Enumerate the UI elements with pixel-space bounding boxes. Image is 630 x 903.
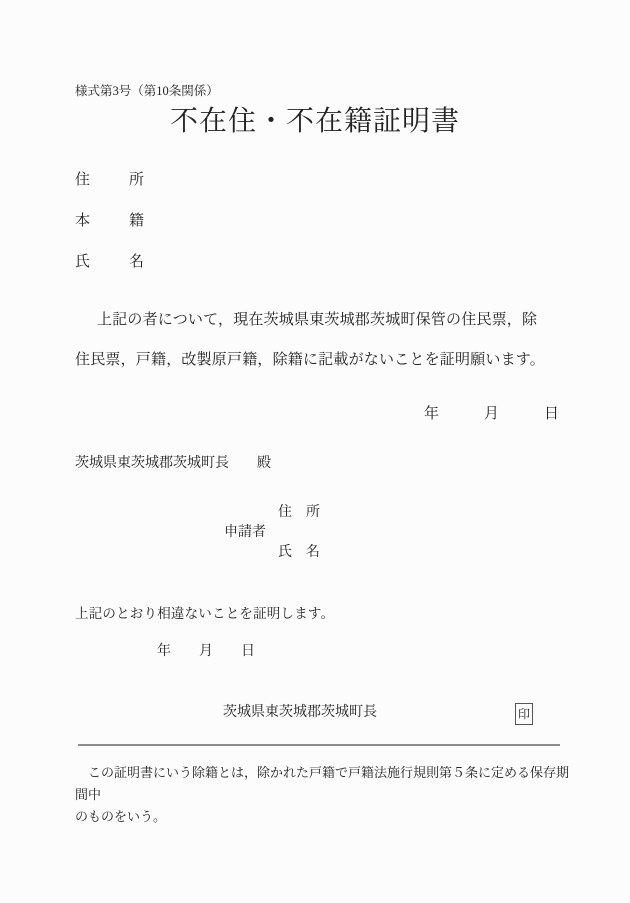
applicant-address-label: 住 所: [278, 506, 320, 520]
application-date-line: 年 月 日: [424, 407, 559, 422]
footnote: この証明書にいう除籍とは，除かれた戸籍で戸籍法施行規則第５条に定める保存期間中 …: [75, 762, 569, 828]
field-label-address: 住 所: [75, 173, 147, 188]
issuer-line: 茨城県東茨城郡茨城町長: [223, 706, 377, 720]
note-divider: [78, 744, 560, 746]
applicant-label: 申請者: [224, 526, 266, 540]
field-label-domicile: 本 籍: [75, 214, 147, 229]
applicant-name-label: 氏 名: [278, 546, 320, 560]
addressee-line: 茨城県東茨城郡茨城町長 殿: [75, 457, 271, 471]
certification-date-line: 年 月 日: [157, 645, 255, 659]
form-number: 様式第3号（第10条関係）: [75, 85, 219, 98]
document-title: 不在住・不在籍証明書: [0, 108, 630, 136]
seal-box: 印: [515, 703, 533, 725]
request-paragraph: 上記の者について，現在茨城県東茨城郡茨城町保管の住民票，除 住民票，戸籍，改製原…: [75, 300, 567, 380]
seal-mark: 印: [518, 708, 530, 720]
certify-statement: 上記のとおり相違ないことを証明します。: [75, 607, 334, 621]
field-label-name: 氏 名: [75, 255, 147, 270]
document-page: 様式第3号（第10条関係） 不在住・不在籍証明書 住 所 本 籍 氏 名 上記の…: [0, 0, 630, 903]
